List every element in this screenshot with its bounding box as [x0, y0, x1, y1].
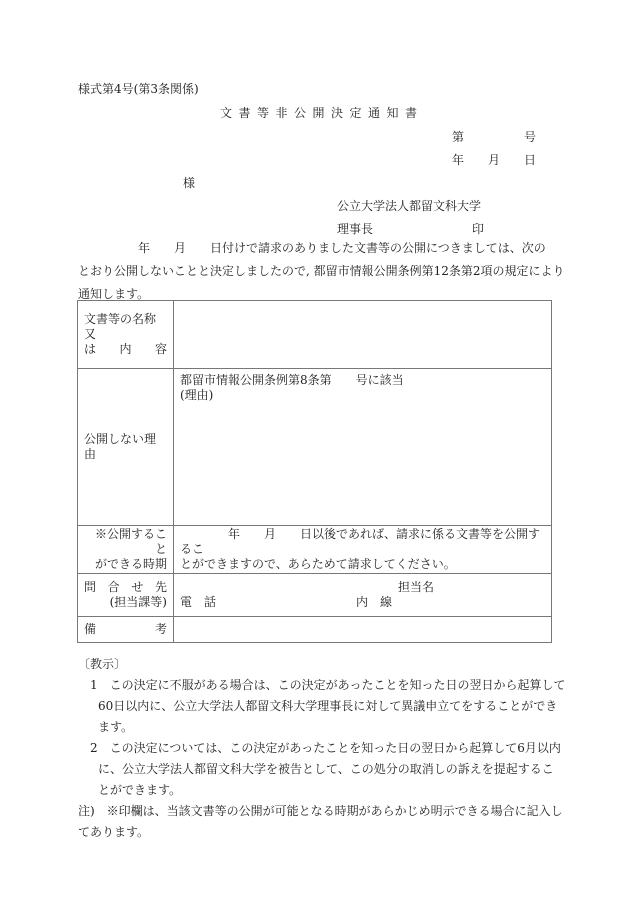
contact-name-label: 担当名: [180, 580, 545, 595]
extension-label: 内 線: [356, 595, 392, 610]
number-prefix: 第: [452, 130, 464, 144]
body-line: とおり公開しないことと決定しましたので, 都留市情報公開条例第12条第2項の規定…: [78, 260, 552, 283]
label-document-name: 文書等の名称又 は 内 容: [78, 301, 174, 369]
instruction-item-2-cont: とができます。: [78, 780, 558, 801]
instructions: 〔教示〕 1 この決定に不服がある場合は、この決定があったことを知った日の翌日か…: [78, 654, 558, 843]
label-remarks: 備 考: [78, 617, 174, 643]
date-year: 年: [452, 153, 464, 167]
form-number: 様式第4号(第3条関係): [78, 82, 199, 96]
table-row-disclosure-date: ※公開すること ができる時期 年 月 日以後であれば、請求に係る文書等を公開する…: [78, 526, 552, 574]
issuer-org: 公立大学法人都留文科大学: [337, 199, 481, 213]
table-row-contact: 問 合 せ 先 (担当課等) 担当名 電 話 内 線: [78, 574, 552, 617]
seal-mark: 印: [472, 222, 484, 236]
phone-label: 電 話: [180, 595, 356, 610]
value-reason[interactable]: 都留市情報公開条例第8条第 号に該当 (理由): [174, 369, 552, 526]
table-row-reason: 公開しない理由 都留市情報公開条例第8条第 号に該当 (理由): [78, 369, 552, 526]
value-contact[interactable]: 担当名 電 話 内 線: [174, 574, 552, 617]
instruction-item-2: 2 この決定については、この決定があったことを知った日の翌日から起算して6月以内: [78, 738, 558, 759]
document-title: 文書等非公開決定通知書: [220, 106, 424, 120]
instructions-heading: 〔教示〕: [78, 654, 558, 675]
table-row-document-name: 文書等の名称又 は 内 容: [78, 301, 552, 369]
label-disclosure-date: ※公開すること ができる時期: [78, 526, 174, 574]
value-disclosure-date[interactable]: 年 月 日以後であれば、請求に係る文書等を公開するこ とができますので、あらため…: [174, 526, 552, 574]
instruction-item-2-cont: に、公立大学法人都留文科大学を被告として、この処分の取消しの訴えを提起するこ: [78, 759, 558, 780]
instruction-item-1-cont: 60日以内に、公立大学法人都留文科大学理事長に対して異議申立てをすることができ: [78, 696, 558, 717]
date-month: 月: [488, 153, 500, 167]
label-contact: 問 合 せ 先 (担当課等): [78, 574, 174, 617]
value-remarks[interactable]: [174, 617, 552, 643]
label-reason: 公開しない理由: [78, 369, 174, 526]
instruction-item-1-cont: ます。: [78, 717, 558, 738]
footnote-cont: てあります。: [78, 822, 558, 843]
table-row-remarks: 備 考: [78, 617, 552, 643]
addressee-suffix: 様: [183, 176, 195, 190]
footnote: 注) ※印欄は、当該文書等の公開が可能となる時期があらかじめ明示できる場合に記入…: [78, 801, 558, 822]
date-day: 日: [524, 153, 536, 167]
notice-body: 年 月 日付けで請求のありました文書等の公開につきましては、次の とおり公開しな…: [78, 237, 552, 306]
instruction-item-1: 1 この決定に不服がある場合は、この決定があったことを知った日の翌日から起算して: [78, 675, 558, 696]
number-suffix: 号: [524, 130, 536, 144]
decision-table: 文書等の名称又 は 内 容 公開しない理由 都留市情報公開条例第8条第 号に該当…: [77, 300, 552, 643]
value-document-name[interactable]: [174, 301, 552, 369]
issuer-title: 理事長: [337, 222, 373, 236]
body-line: 年 月 日付けで請求のありました文書等の公開につきましては、次の: [78, 237, 552, 260]
